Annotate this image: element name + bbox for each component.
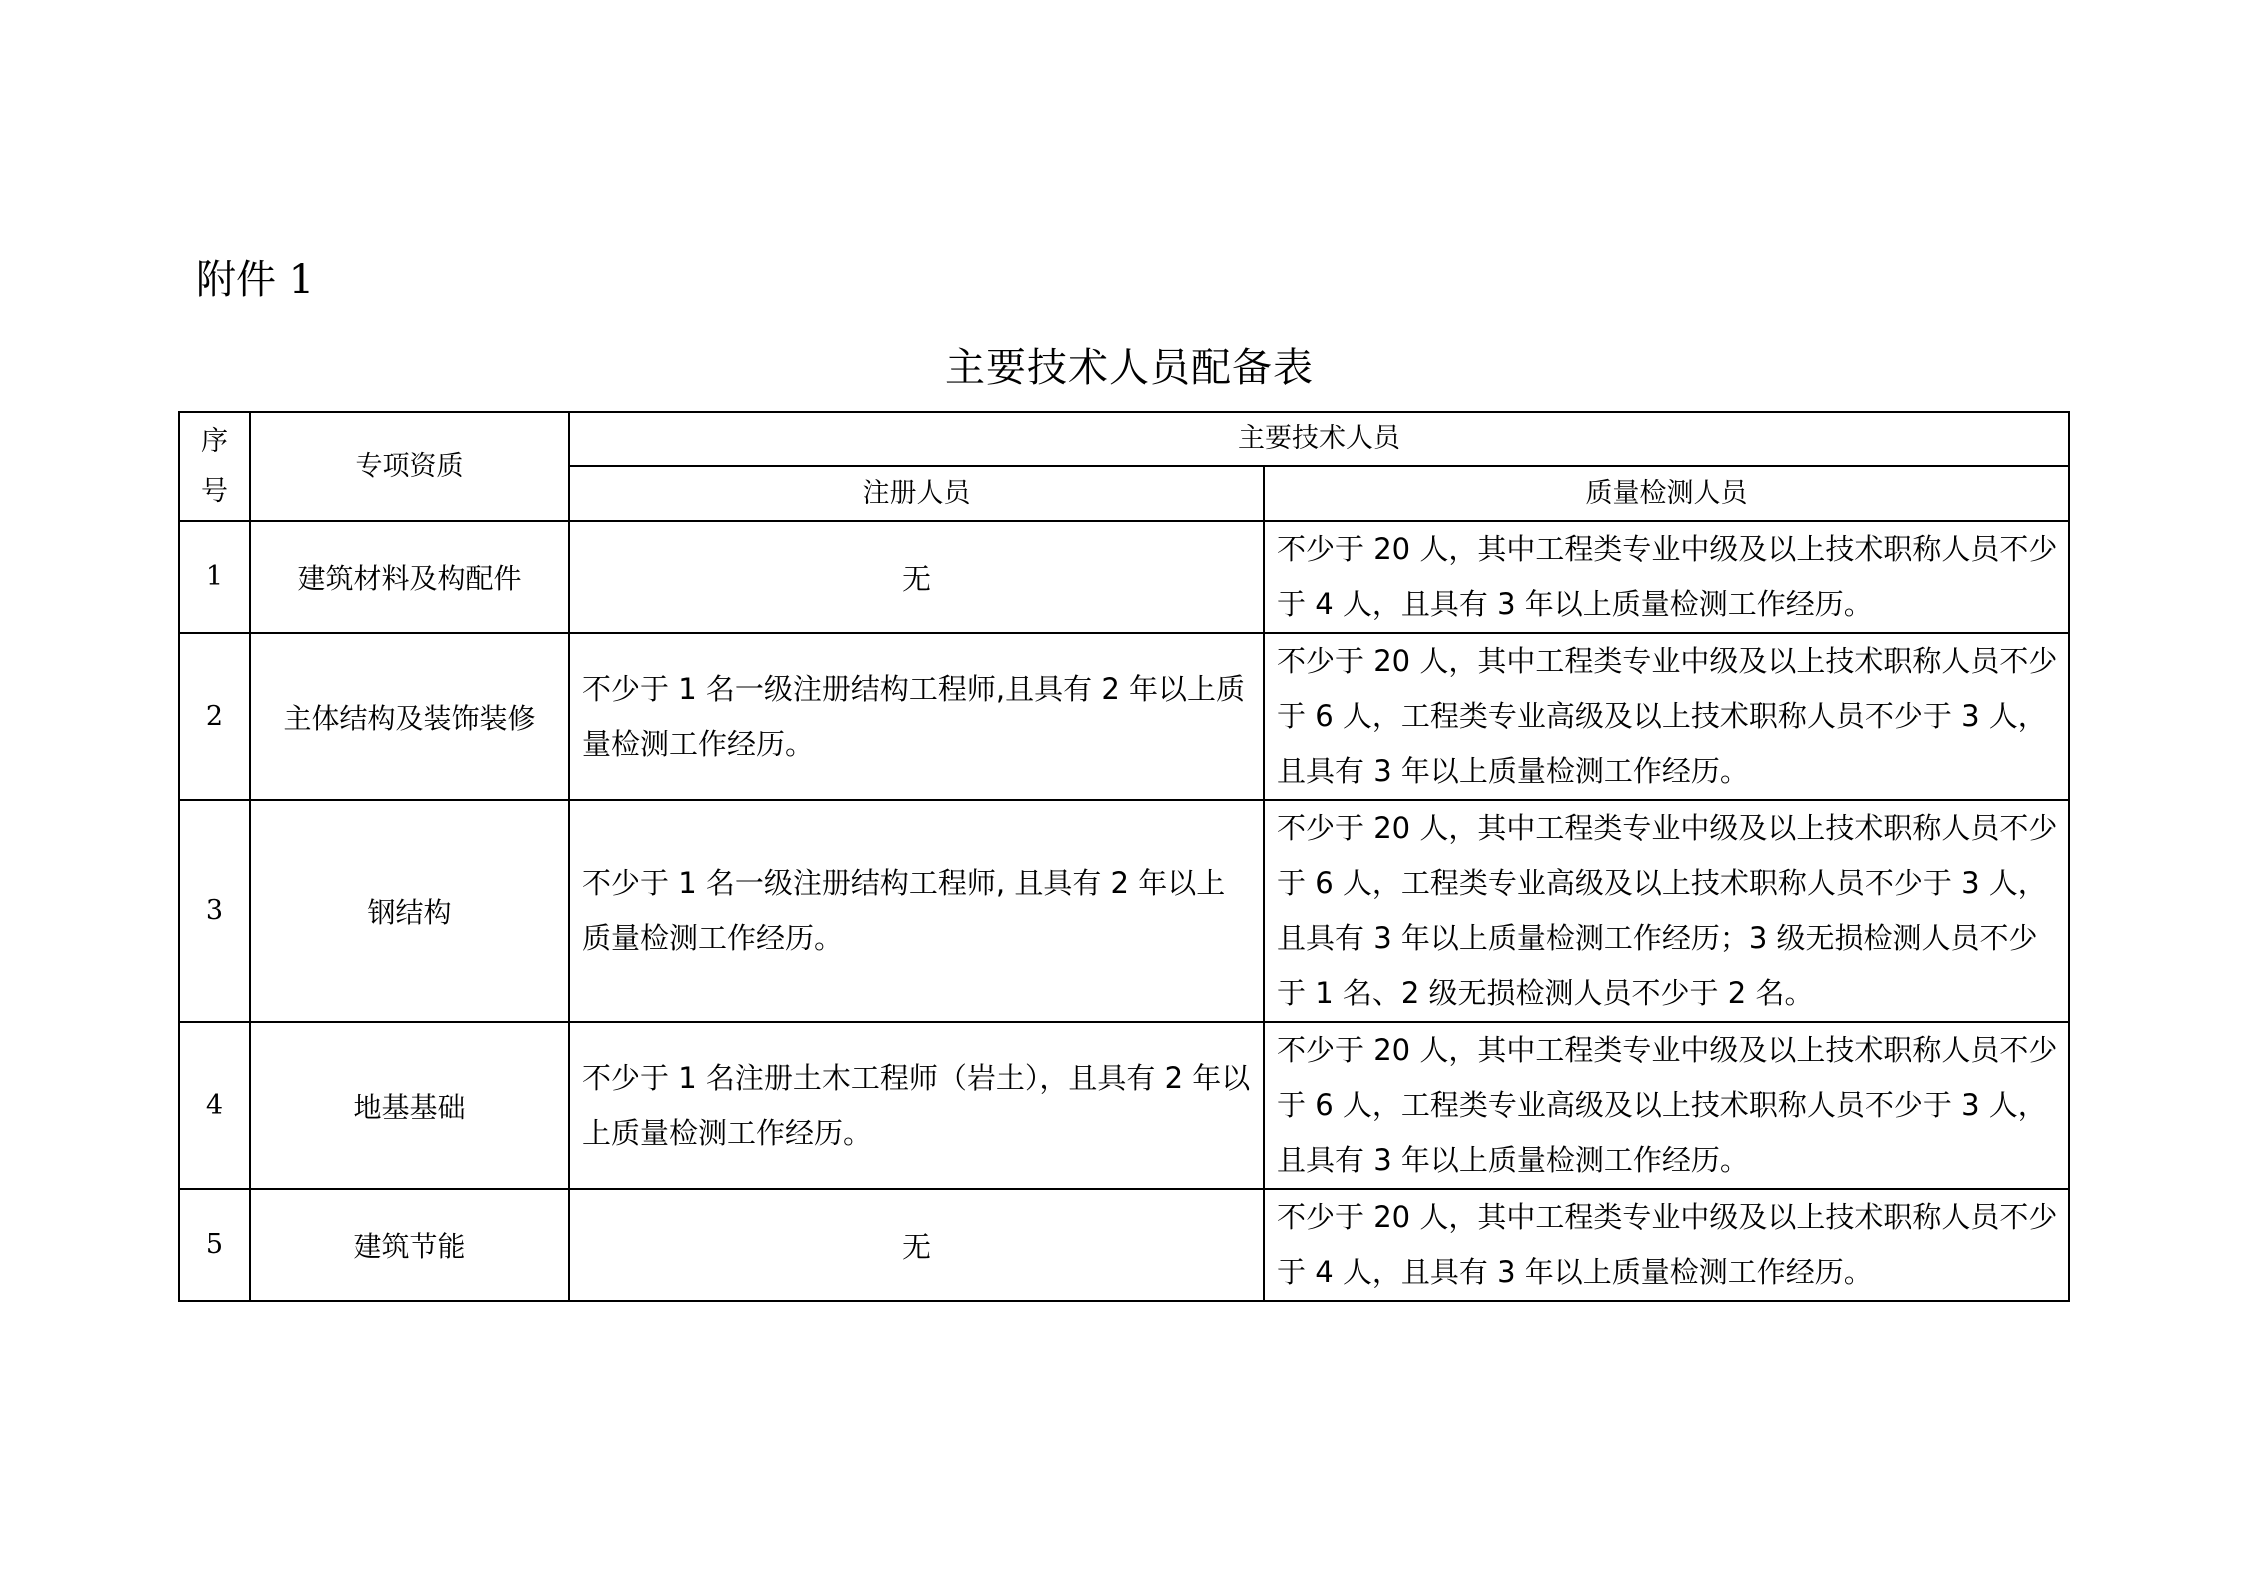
document-title: 主要技术人员配备表	[0, 344, 2245, 392]
header-main-staff: 主要技术人员	[569, 412, 2069, 466]
header-seq: 序 号	[179, 412, 250, 521]
header-seq-line1: 序	[180, 417, 249, 467]
row-qualification: 地基基础	[250, 1022, 569, 1189]
header-registered: 注册人员	[569, 466, 1264, 521]
header-qualification: 专项资质	[250, 412, 569, 521]
row-qualification: 主体结构及装饰装修	[250, 633, 569, 800]
row-registered: 无	[569, 521, 1264, 633]
staffing-table: 序 号 专项资质 主要技术人员 注册人员 质量检测人员 1 建筑材料及构配件 无…	[178, 411, 2070, 1302]
row-seq: 3	[179, 800, 250, 1022]
row-inspection: 不少于 20 人，其中工程类专业中级及以上技术职称人员不少于 4 人，且具有 3…	[1264, 1189, 2069, 1301]
header-row-1: 序 号 专项资质 主要技术人员	[179, 412, 2069, 466]
table-row: 1 建筑材料及构配件 无 不少于 20 人，其中工程类专业中级及以上技术职称人员…	[179, 521, 2069, 633]
row-qualification: 建筑节能	[250, 1189, 569, 1301]
table-row: 2 主体结构及装饰装修 不少于 1 名一级注册结构工程师,且具有 2 年以上质量…	[179, 633, 2069, 800]
row-seq: 5	[179, 1189, 250, 1301]
row-inspection: 不少于 20 人，其中工程类专业中级及以上技术职称人员不少于 6 人，工程类专业…	[1264, 1022, 2069, 1189]
row-seq: 4	[179, 1022, 250, 1189]
row-registered: 不少于 1 名一级注册结构工程师, 且具有 2 年以上质量检测工作经历。	[569, 800, 1264, 1022]
attachment-label: 附件 1	[196, 256, 314, 304]
table-row: 5 建筑节能 无 不少于 20 人，其中工程类专业中级及以上技术职称人员不少于 …	[179, 1189, 2069, 1301]
row-qualification: 建筑材料及构配件	[250, 521, 569, 633]
table-row: 4 地基基础 不少于 1 名注册土木工程师（岩土），且具有 2 年以上质量检测工…	[179, 1022, 2069, 1189]
header-inspection: 质量检测人员	[1264, 466, 2069, 521]
row-registered: 不少于 1 名注册土木工程师（岩土），且具有 2 年以上质量检测工作经历。	[569, 1022, 1264, 1189]
header-seq-line2: 号	[180, 467, 249, 517]
row-inspection: 不少于 20 人，其中工程类专业中级及以上技术职称人员不少于 4 人，且具有 3…	[1264, 521, 2069, 633]
row-registered: 不少于 1 名一级注册结构工程师,且具有 2 年以上质量检测工作经历。	[569, 633, 1264, 800]
row-inspection: 不少于 20 人，其中工程类专业中级及以上技术职称人员不少于 6 人，工程类专业…	[1264, 633, 2069, 800]
row-registered: 无	[569, 1189, 1264, 1301]
row-qualification: 钢结构	[250, 800, 569, 1022]
row-inspection: 不少于 20 人，其中工程类专业中级及以上技术职称人员不少于 6 人，工程类专业…	[1264, 800, 2069, 1022]
row-seq: 2	[179, 633, 250, 800]
table-row: 3 钢结构 不少于 1 名一级注册结构工程师, 且具有 2 年以上质量检测工作经…	[179, 800, 2069, 1022]
row-seq: 1	[179, 521, 250, 633]
